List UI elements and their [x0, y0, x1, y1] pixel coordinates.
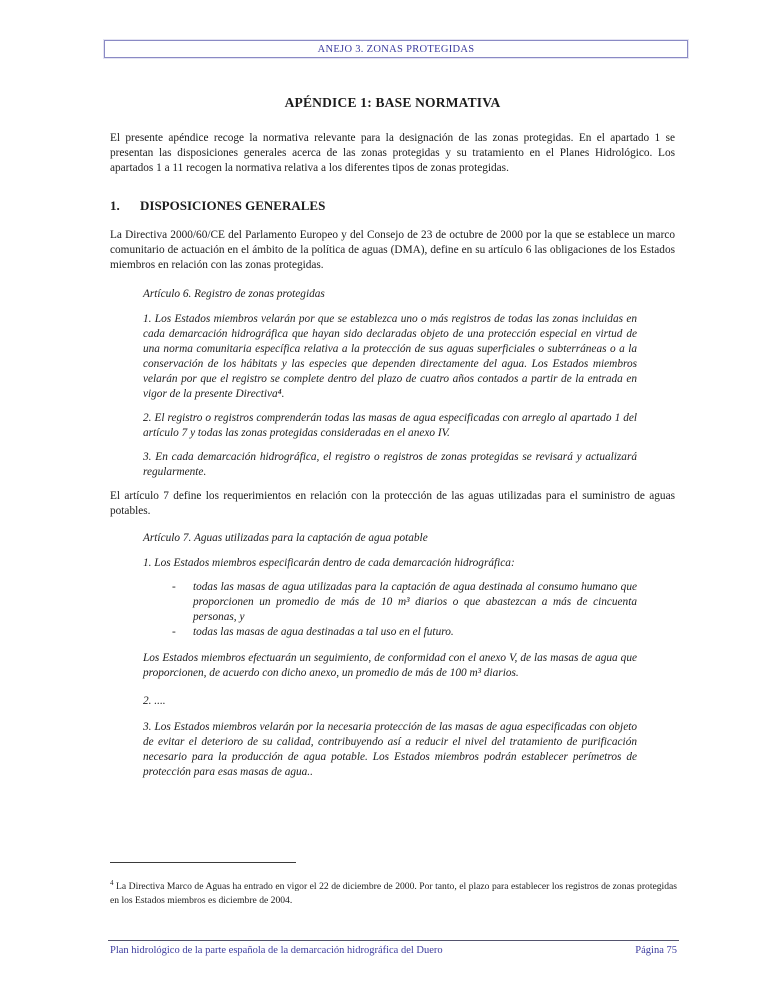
running-header-box: ANEJO 3. ZONAS PROTEGIDAS	[104, 40, 688, 58]
document-page: ANEJO 3. ZONAS PROTEGIDAS APÉNDICE 1: BA…	[0, 0, 768, 994]
footnote-separator	[110, 862, 296, 863]
article6-paragraph-1: 1. Los Estados miembros velarán por que …	[143, 312, 637, 402]
appendix-title: APÉNDICE 1: BASE NORMATIVA	[110, 95, 675, 111]
footer-page-number: Página 75	[635, 945, 677, 956]
article7-list: - todas las masas de agua utilizadas par…	[172, 580, 637, 640]
footer-document-title: Plan hidrológico de la parte española de…	[110, 945, 443, 956]
list-item: - todas las masas de agua destinadas a t…	[172, 625, 637, 640]
article6-paragraph-2: 2. El registro o registros comprenderán …	[143, 411, 637, 441]
article6-paragraph-3: 3. En cada demarcación hidrográfica, el …	[143, 450, 637, 480]
list-item-text: todas las masas de agua utilizadas para …	[193, 580, 637, 625]
article7-paragraph-2: Los Estados miembros efectuarán un segui…	[143, 651, 637, 681]
list-item-dash: -	[172, 625, 193, 640]
list-item-text: todas las masas de agua destinadas a tal…	[193, 625, 637, 640]
intro-paragraph: El presente apéndice recoge la normativa…	[110, 131, 675, 176]
footnote: 4 La Directiva Marco de Aguas ha entrado…	[110, 880, 677, 907]
article7-paragraph-1: 1. Los Estados miembros especificarán de…	[143, 556, 637, 571]
article7-paragraph-4: 3. Los Estados miembros velarán por la n…	[143, 720, 637, 780]
article7-paragraph-3: 2. ....	[143, 694, 637, 709]
running-header-text: ANEJO 3. ZONAS PROTEGIDAS	[318, 44, 475, 55]
footnote-text: La Directiva Marco de Aguas ha entrado e…	[110, 881, 677, 906]
article6-title: Artículo 6. Registro de zonas protegidas	[143, 287, 637, 302]
page-footer: Plan hidrológico de la parte española de…	[110, 945, 677, 956]
paragraph-directive: La Directiva 2000/60/CE del Parlamento E…	[110, 228, 675, 273]
article7-title: Artículo 7. Aguas utilizadas para la cap…	[143, 531, 637, 546]
section-title: DISPOSICIONES GENERALES	[140, 198, 325, 213]
section-heading: 1.DISPOSICIONES GENERALES	[110, 198, 675, 214]
list-item: - todas las masas de agua utilizadas par…	[172, 580, 637, 625]
list-item-dash: -	[172, 580, 193, 625]
footer-separator	[108, 940, 679, 941]
paragraph-article7-intro: El artículo 7 define los requerimientos …	[110, 489, 675, 519]
section-number: 1.	[110, 198, 140, 214]
